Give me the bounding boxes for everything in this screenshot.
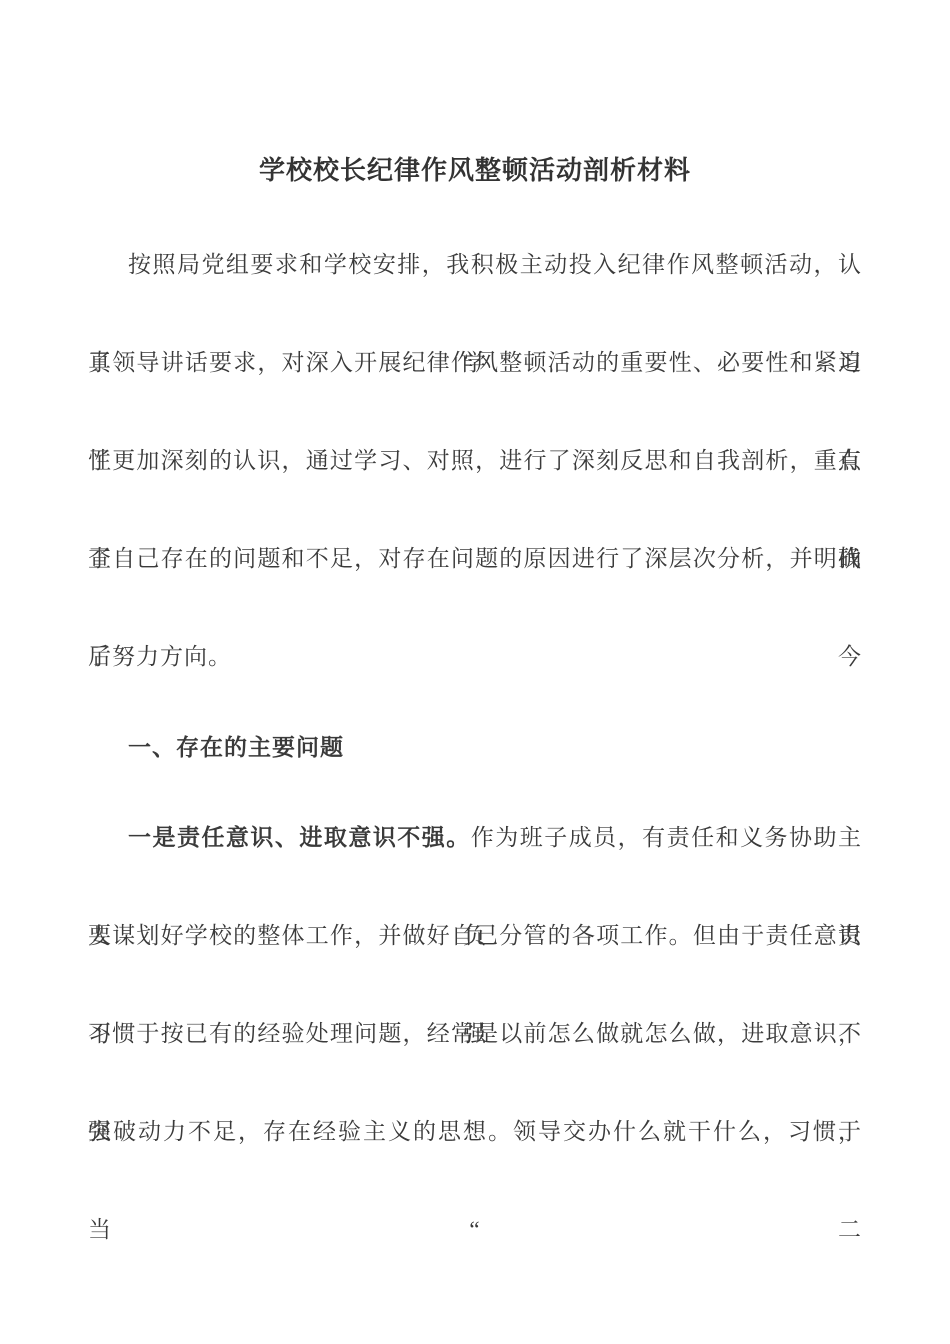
section-heading: 一、存在的主要问题 [88, 703, 862, 793]
text-line: 突破动力不足，存在经验主义的思想。领导交办什么就干什么，习惯于当“二 [88, 1083, 862, 1181]
item1-paragraph: 一是责任意识、进取意识不强。作为班子成员，有责任和义务协助主要负责 人谋划好学校… [88, 789, 862, 1181]
document-content: 学校校长纪律作风整顿活动剖析材料 按照局党组要求和学校安排，我积极主动投入纪律作… [0, 143, 950, 1181]
text-line: 习惯于按已有的经验处理问题，经常是以前怎么做就怎么做，进取意识不强， [88, 985, 862, 1083]
text-line: 一是责任意识、进取意识不强。作为班子成员，有责任和义务协助主要负责 [88, 789, 862, 887]
text-line: 了更加深刻的认识，通过学习、对照，进行了深刻反思和自我剖析，重点查找 [88, 412, 862, 510]
document-title: 学校校长纪律作风整顿活动剖析材料 [88, 143, 862, 199]
text-line: 按照局党组要求和学校安排，我积极主动投入纪律作风整顿活动，认真学习 [88, 216, 862, 314]
item1-bold-lead: 一是责任意识、进取意识不强。 [128, 825, 471, 850]
intro-paragraph: 按照局党组要求和学校安排，我积极主动投入纪律作风整顿活动，认真学习 了领导讲话要… [88, 216, 862, 706]
text-line: 人谋划好学校的整体工作，并做好自己分管的各项工作。但由于责任意识不强， [88, 887, 862, 985]
document-page: 学校校长纪律作风整顿活动剖析材料 按照局党组要求和学校安排，我积极主动投入纪律作… [0, 0, 950, 1344]
text-line: 了自己存在的问题和不足，对存在问题的原因进行了深层次分析，并明确了今 [88, 510, 862, 608]
text-line: 了领导讲话要求，对深入开展纪律作风整顿活动的重要性、必要性和紧迫性有 [88, 314, 862, 412]
